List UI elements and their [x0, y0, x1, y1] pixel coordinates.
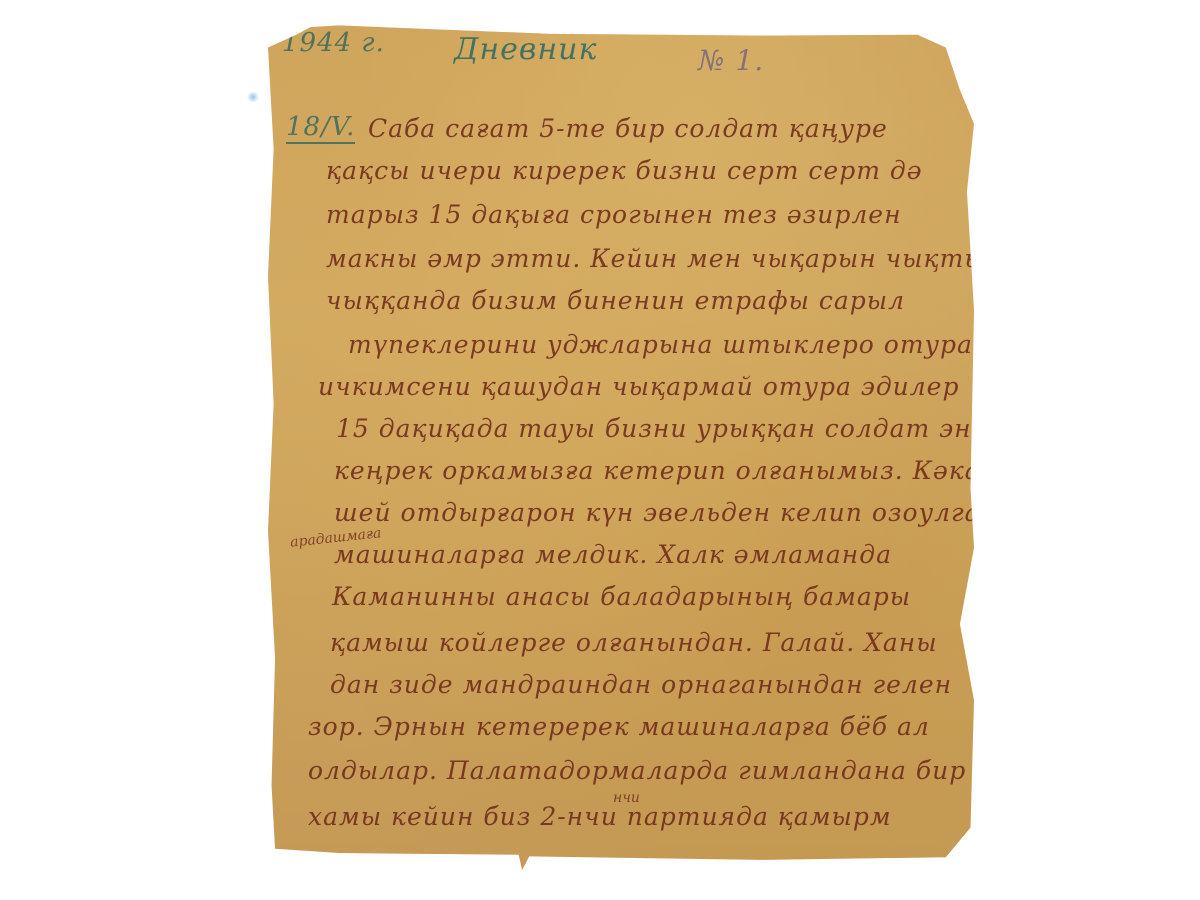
text-line: шей отдырғарон күн эвельден келип озоулг…	[334, 498, 1041, 527]
text-line: 15 дақиқада тауы бизни урыққан солдат эн…	[336, 414, 1038, 443]
text-line: қақсы ичери киререк бизни серт серт дә	[326, 156, 923, 185]
text-line: Саба сағат 5-те бир солдат қаңуре	[368, 114, 888, 143]
text-line: машиналарға мелдик. Халк әмламанда	[334, 540, 892, 569]
header-number: № 1.	[698, 44, 764, 77]
header-year: 1944 г.	[282, 28, 385, 58]
ink-smudge	[246, 92, 260, 102]
text-line: ичкимсени қашудан чықармай отура эдилер	[318, 372, 959, 401]
diary-page: 1944 г. Дневник № 1. 18/V. Саба сағат 5-…	[268, 22, 974, 870]
text-line: чыққанда бизим биненин етрафы сарыл	[326, 286, 905, 315]
text-line: хамы кейин биз 2-нчи партияда қамырм	[308, 802, 892, 831]
text-line: кеңрек оркамызға кетерип олғанымыз. Кәка…	[334, 456, 998, 485]
text-line: қамыш койлерге олғанындан. Галай. Ханы	[330, 628, 938, 657]
text-line: олдылар. Палатадормаларда гимландана бир…	[308, 756, 1055, 785]
entry-date: 18/V.	[286, 112, 355, 144]
text-line: зор. Эрнын кетеререк машиналарға бёб ал	[308, 712, 930, 741]
text-line: дан зиде мандраиндан орнаганындан гелен	[330, 670, 952, 699]
text-line: макны әмр этти. Кейин мен чықарын чықтым	[326, 244, 1007, 273]
text-line: түпеклерини уджларына штыклеро отурар	[348, 330, 990, 359]
header-title: Дневник	[454, 32, 597, 67]
text-line: Каманинны анасы баладарының бамары	[332, 582, 911, 611]
text-line: тарыз 15 дақыға срогынен тез әзирлен	[326, 200, 902, 229]
